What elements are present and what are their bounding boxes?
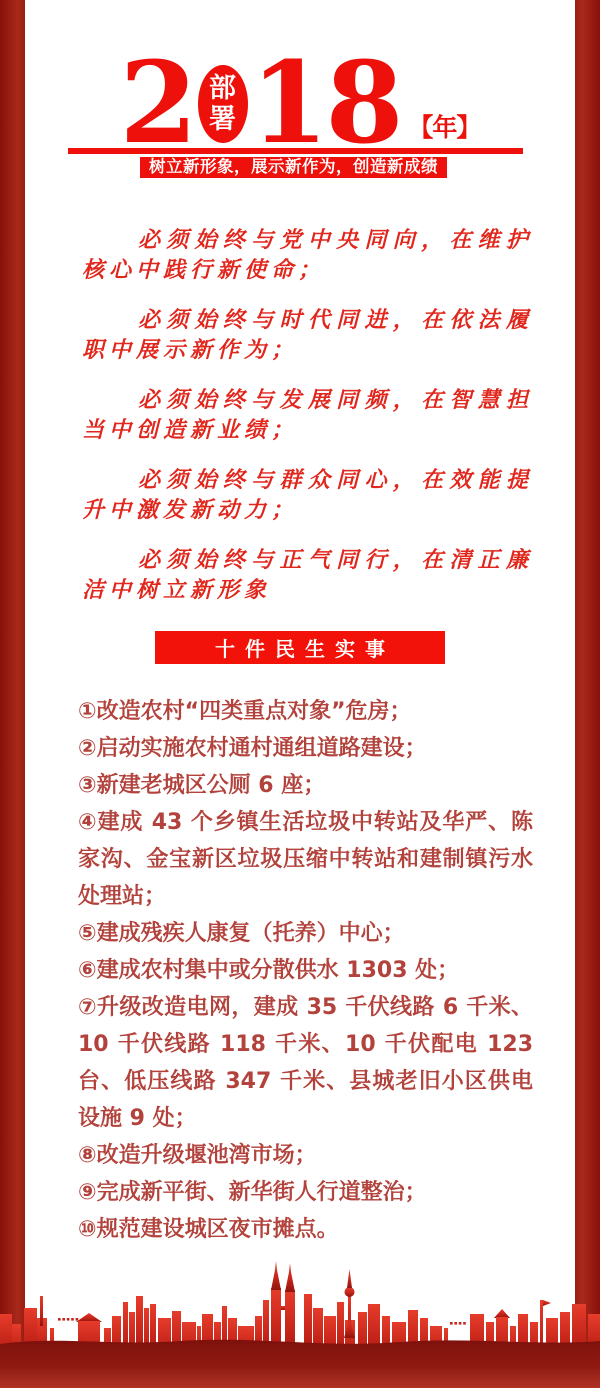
year-suffix-label: 【年】 [408,116,480,144]
year-digits-18: 18 [251,64,401,144]
seal-char-bottom: 署 [209,104,236,135]
year-2018-heading: 2 部 署 18 【年】 [25,56,575,144]
right-red-border [575,0,600,1388]
tagline-bar: 树立新形象，展示新作为，创造新成绩 [140,157,447,178]
poster-page: { "poster": { "background": "#ffffff", "… [0,0,600,1388]
task-item: ③新建老城区公厕 6 座； [78,767,533,804]
principle-paragraph: 必须始终与正气同行，在清正廉洁中树立新形象 [82,545,533,605]
poster-content: 2 部 署 18 【年】 树立新形象，展示新作为，创造新成绩 必须始终与党中央同… [25,0,575,1248]
principles-section: 必须始终与党中央同向，在维护核心中践行新使命； 必须始终与时代同进，在依法履职中… [82,225,533,605]
year-digit-2: 2 [120,64,195,144]
window-dots-left [58,1318,78,1321]
section-banner-title: 十件民生实事 [205,633,395,662]
task-item: ②启动实施农村通村通组道路建设； [78,730,533,767]
task-item: ④建成 43 个乡镇生活垃圾中转站及华严、陈家沟、金宝新区垃圾压缩中转站和建制镇… [78,804,533,915]
seal-badge: 部 署 [198,65,248,143]
task-item: ⑨完成新平街、新华街人行道整治； [78,1174,533,1211]
task-item: ⑩规范建设城区夜市摊点。 [78,1211,533,1248]
principle-paragraph: 必须始终与群众同心，在效能提升中激发新动力； [82,465,533,525]
task-item: ⑧改造升级堰池湾市场； [78,1137,533,1174]
task-item: ⑤建成残疾人康复（托养）中心； [78,915,533,952]
window-dots-right [450,1322,466,1325]
section-banner: 十件民生实事 [155,631,445,664]
tasks-list: ①改造农村“四类重点对象”危房； ②启动实施农村通村通组道路建设； ③新建老城区… [78,693,533,1248]
task-item: ①改造农村“四类重点对象”危房； [78,693,533,730]
city-skyline-silhouette [0,1256,600,1388]
principle-paragraph: 必须始终与时代同进，在依法履职中展示新作为； [82,305,533,365]
seal-char-top: 部 [209,73,236,104]
ground-band [0,1340,600,1388]
task-item: ⑦升级改造电网，建成 35 千伏线路 6 千米、10 千伏线路 118 千米、1… [78,989,533,1137]
task-item: ⑥建成农村集中或分散供水 1303 处； [78,952,533,989]
principle-paragraph: 必须始终与党中央同向，在维护核心中践行新使命； [82,225,533,285]
principle-paragraph: 必须始终与发展同频，在智慧担当中创造新业绩； [82,385,533,445]
left-red-border [0,0,25,1388]
